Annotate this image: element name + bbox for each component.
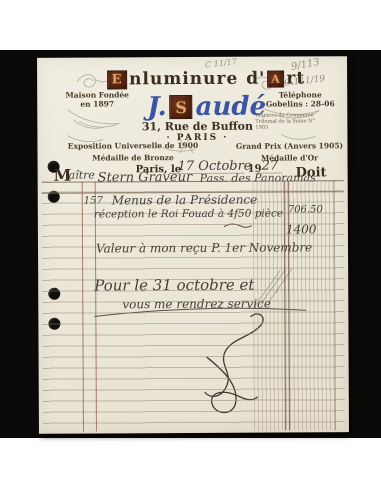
telephone-block: Téléphone Gobelins : 28-06 — [259, 90, 341, 108]
registre-line2: Tribunal de la Seine N° 1903 — [255, 118, 325, 130]
entry-note3: vous me rendrez service — [122, 297, 271, 312]
award-right-line1: Grand Prix (Anvers 1905) — [233, 141, 345, 151]
entry-qty: 157 — [84, 195, 103, 206]
entry-item1: Menus de la Présidence — [112, 193, 258, 208]
illuminated-initial-s: S — [170, 95, 193, 119]
entry-amount1: 706.50 — [288, 204, 323, 215]
entry-note1: Valeur à mon reçu P. 1er Novembre — [96, 240, 312, 255]
award-left-line1: Exposition Universelle de 1900 — [55, 141, 210, 151]
addressee-rest: aître — [69, 169, 95, 182]
founded-line2: en 1897 — [57, 99, 137, 108]
illuminated-initial-e: E — [107, 70, 127, 89]
founded-line1: Maison Fondée — [57, 90, 137, 99]
photo-background: C 11/17 9/113 C.111/19 Enluminure d' Art… — [0, 50, 381, 438]
invoice-paper: C 11/17 9/113 C.111/19 Enluminure d' Art… — [37, 56, 349, 434]
entry-item2: réception le Roi Fouad à 4f50 pièce — [94, 208, 283, 221]
street-address: 31, Rue de Buffon — [132, 120, 262, 134]
entry-note2: Pour le 31 octobre et — [94, 276, 254, 295]
telephone-line2: Gobelins : 28-06 — [259, 99, 341, 108]
title-text-3: rt — [286, 68, 305, 88]
name-j: J. — [147, 92, 167, 122]
founded-block: Maison Fondée en 1897 — [57, 90, 137, 108]
illuminated-initial-a: A — [267, 70, 284, 87]
title-text-1: nluminure — [129, 69, 238, 90]
proprietor-name: J. S audé — [147, 92, 266, 123]
telephone-line1: Téléphone — [259, 90, 341, 99]
doit-label: Doit — [296, 165, 327, 180]
registre-block: Registre du Commerce Tribunal de la Sein… — [255, 112, 325, 130]
letterhead-title: Enluminure d' Art — [107, 68, 305, 89]
title-text-2: d' — [246, 69, 265, 89]
entry-amount2: 1400 — [286, 222, 317, 236]
